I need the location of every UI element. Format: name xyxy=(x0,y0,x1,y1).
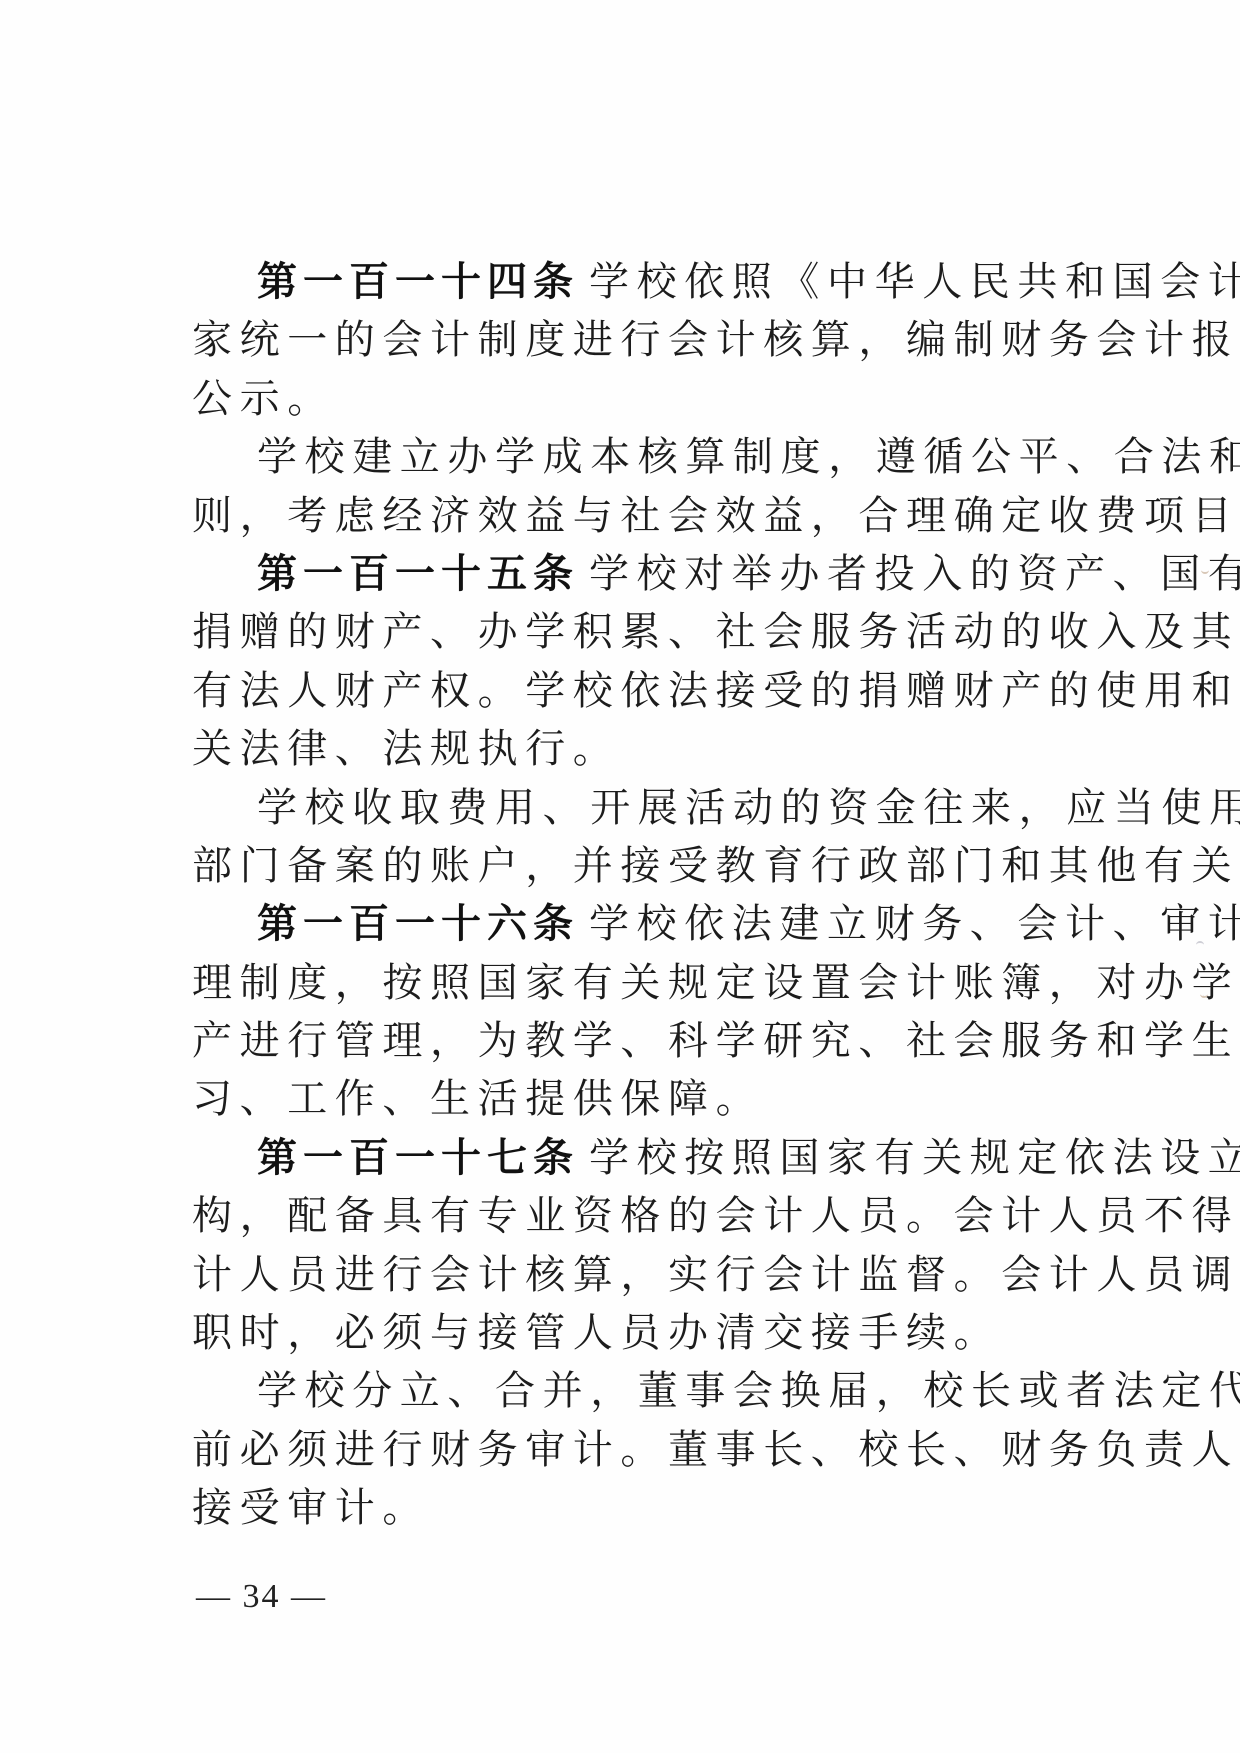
article-114-para2-line-2: 则，考虑经济效益与社会效益，合理确定收费项目和标准。 xyxy=(192,487,1072,545)
article-114-line-1: 第一百一十四条学校依照《中华人民共和国会计法》和国 xyxy=(192,253,1072,311)
article-116-line-1: 第一百一十六条学校依法建立财务、会计、审计和资产管 xyxy=(192,895,1072,953)
article-116-line-2: 理制度，按照国家有关规定设置会计账簿，对办学经费和学校资 xyxy=(192,954,1072,1012)
article-114-line-2: 家统一的会计制度进行会计核算，编制财务会计报告，并向社会 xyxy=(192,311,1072,369)
scan-artifact-mark xyxy=(1201,566,1209,574)
article-114-para2-line-1: 学校建立办学成本核算制度，遵循公平、合法和诚实信用原 xyxy=(192,428,1072,486)
article-text: 学校依法建立财务、会计、审计和资产管 xyxy=(589,901,1240,947)
article-114-line-3: 公示。 xyxy=(192,370,1072,428)
article-115-para2-line-1: 学校收取费用、开展活动的资金往来，应当使用在教育行政 xyxy=(192,779,1072,837)
article-115-para2-line-2: 部门备案的账户，并接受教育行政部门和其他有关部门的监督。 xyxy=(192,837,1072,895)
article-115-line-4: 关法律、法规执行。 xyxy=(192,720,1072,778)
article-117-line-4: 职时，必须与接管人员办清交接手续。 xyxy=(192,1304,1072,1362)
scan-artifact-mark xyxy=(1196,941,1204,949)
article-text: 学校依照《中华人民共和国会计法》和国 xyxy=(589,259,1240,305)
article-heading: 第一百一十七条 xyxy=(257,1135,579,1181)
article-text: 学校对举办者投入的资产、国有资产、受 xyxy=(589,551,1240,597)
article-117-para2-line-2: 前必须进行财务审计。董事长、校长、财务负责人离职、离任应 xyxy=(192,1421,1072,1479)
article-heading: 第一百一十六条 xyxy=(257,901,579,947)
article-117-line-3: 计人员进行会计核算，实行会计监督。会计人员调动工作或者离 xyxy=(192,1246,1072,1304)
article-heading: 第一百一十四条 xyxy=(257,259,579,305)
scan-artifact-mark xyxy=(1198,518,1206,526)
scan-artifact-mark xyxy=(1200,990,1208,998)
article-heading: 第一百一十五条 xyxy=(257,551,579,597)
article-116-line-3: 产进行管理，为教学、科学研究、社会服务和学生、教职工的学 xyxy=(192,1012,1072,1070)
article-115-line-1: 第一百一十五条学校对举办者投入的资产、国有资产、受 xyxy=(192,545,1072,603)
article-115-line-3: 有法人财产权。学校依法接受的捐赠财产的使用和管理，依照有 xyxy=(192,662,1072,720)
article-text: 学校按照国家有关规定依法设立会计机 xyxy=(589,1135,1240,1181)
article-117-line-1: 第一百一十七条学校按照国家有关规定依法设立会计机 xyxy=(192,1129,1072,1187)
page-number: — 34 — xyxy=(196,1578,327,1616)
document-body: 第一百一十四条学校依照《中华人民共和国会计法》和国 家统一的会计制度进行会计核算… xyxy=(192,253,1072,1538)
document-page: 第一百一十四条学校依照《中华人民共和国会计法》和国 家统一的会计制度进行会计核算… xyxy=(0,0,1240,1753)
article-117-line-2: 构，配备具有专业资格的会计人员。会计人员不得兼任出纳，会 xyxy=(192,1187,1072,1245)
article-117-para2-line-1: 学校分立、合并，董事会换届，校长或者法定代表人更换之 xyxy=(192,1362,1072,1420)
article-117-para2-line-3: 接受审计。 xyxy=(192,1479,1072,1537)
article-116-line-4: 习、工作、生活提供保障。 xyxy=(192,1070,1072,1128)
article-115-line-2: 捐赠的财产、办学积累、社会服务活动的收入及其他合法财产享 xyxy=(192,603,1072,661)
